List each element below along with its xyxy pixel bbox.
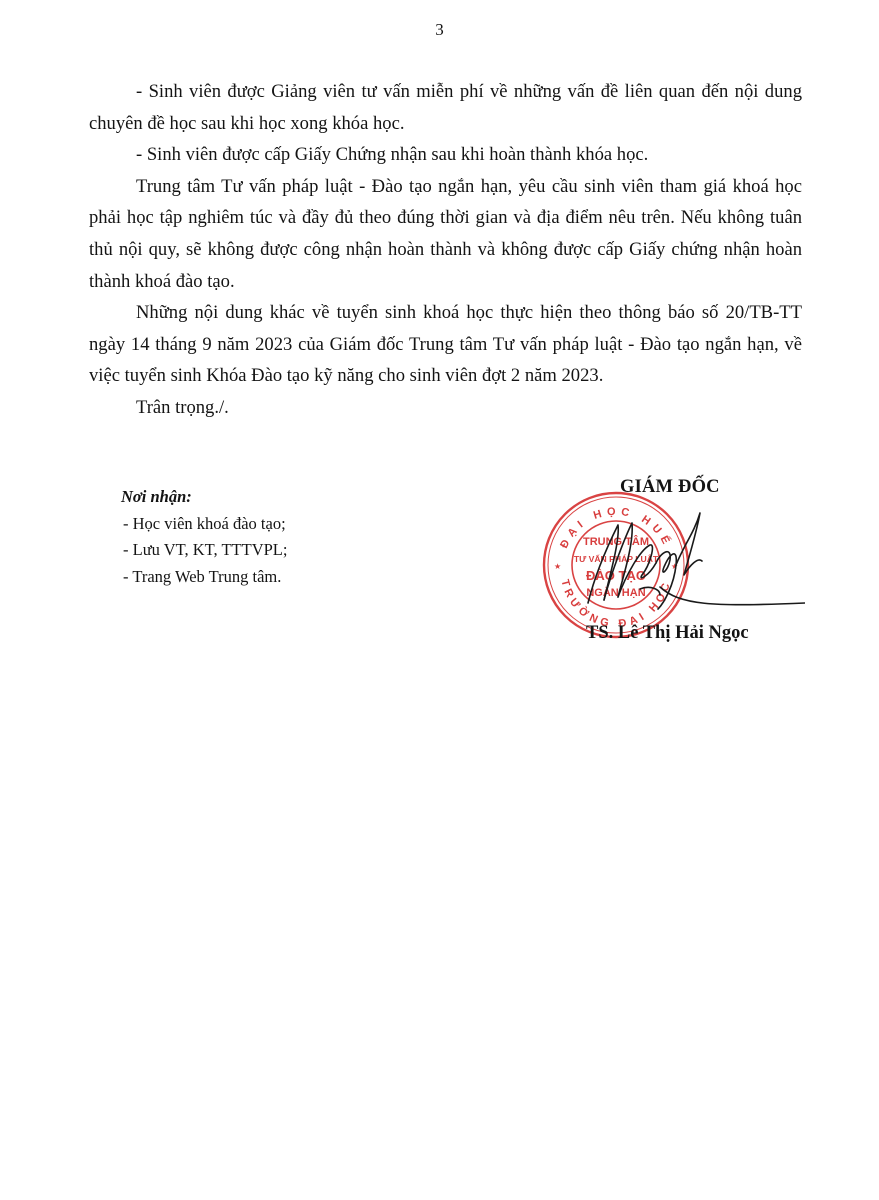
signatory-name: TS. Lê Thị Hải Ngọc bbox=[586, 623, 749, 644]
recipients-block: Nơi nhận: - Học viên khoá đào tạo; - Lưu… bbox=[121, 484, 287, 590]
paragraph-consultation: - Sinh viên được Giảng viên tư vấn miễn … bbox=[89, 76, 802, 139]
paragraph-reference-notice: Những nội dung khác về tuyển sinh khoá h… bbox=[89, 297, 802, 392]
recipient-item: - Học viên khoá đào tạo; bbox=[121, 511, 287, 538]
paragraph-requirements: Trung tâm Tư vấn pháp luật - Đào tạo ngắ… bbox=[89, 171, 802, 297]
handwritten-signature bbox=[560, 505, 805, 615]
document-body: - Sinh viên được Giảng viên tư vấn miễn … bbox=[89, 76, 802, 424]
page-number: 3 bbox=[0, 20, 879, 40]
paragraph-closing: Trân trọng./. bbox=[89, 392, 802, 424]
signatory-title: GIÁM ĐỐC bbox=[620, 477, 720, 498]
recipient-item: - Trang Web Trung tâm. bbox=[121, 564, 287, 591]
paragraph-certificate: - Sinh viên được cấp Giấy Chứng nhận sau… bbox=[89, 139, 802, 171]
recipient-item: - Lưu VT, KT, TTTVPL; bbox=[121, 537, 287, 564]
recipients-title: Nơi nhận: bbox=[121, 484, 287, 511]
